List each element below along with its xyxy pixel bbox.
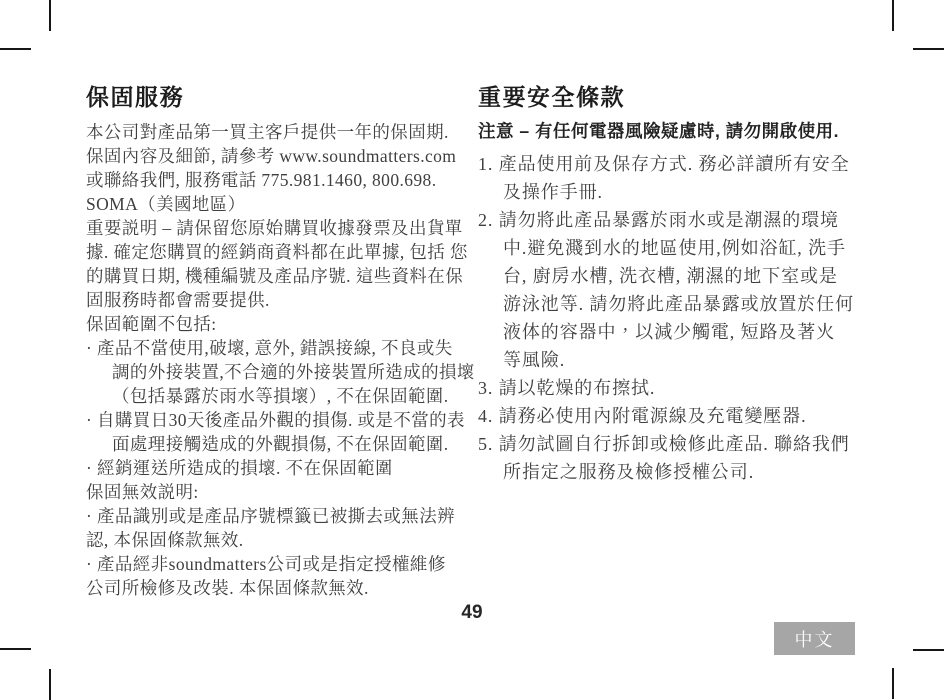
text-line: 台, 廚房水槽, 洗衣槽, 潮濕的地下室或是 (478, 262, 872, 290)
language-badge: 中文 (774, 622, 855, 655)
text-line: 3. 請以乾燥的布擦拭. (478, 374, 872, 402)
crop-mark-bottom-left-vertical (49, 669, 51, 700)
text-line: 據. 確定您購買的經銷商資料都在此單據, 包括 您 (86, 240, 460, 264)
warranty-title: 保固服務 (86, 84, 460, 110)
text-line: 保固無效説明: (86, 480, 460, 504)
text-line: · 經銷運送所造成的損壞. 不在保固範圍 (86, 456, 460, 480)
crop-mark-bottom-left-horizontal (0, 648, 31, 650)
text-line: 保固範圍不包括: (86, 312, 460, 336)
text-line: 重要説明 – 請保留您原始購買收據發票及出貨單 (86, 216, 460, 240)
crop-mark-top-right-horizontal (913, 48, 944, 50)
text-line: 的購買日期, 機種編號及產品序號. 這些資料在保 (86, 264, 460, 288)
text-line: 中.避免濺到水的地區使用,例如浴缸, 洗手 (478, 234, 872, 262)
text-line: 5. 請勿試圖自行拆卸或檢修此產品. 聯絡我們 (478, 430, 872, 458)
text-line: 及操作手冊. (478, 178, 872, 206)
safety-notice: 注意 – 有任何電器風險疑慮時, 請勿開啟使用. (478, 118, 872, 144)
warranty-section: 保固服務 本公司對產品第一買主客戶提供一年的保固期.保固內容及細節, 請參考 w… (86, 84, 460, 600)
text-line: 認, 本保固條款無效. (86, 528, 460, 552)
text-line: 等風險. (478, 346, 872, 374)
crop-mark-top-right-vertical (892, 0, 894, 31)
crop-mark-bottom-right-horizontal (913, 649, 944, 651)
text-line: 1. 產品使用前及保存方式. 務必詳讀所有安全 (478, 150, 872, 178)
manual-page: { "document": { "page_number": "49", "la… (0, 0, 944, 700)
text-line: 或聯絡我們, 服務電話 775.981.1460, 800.698. (86, 168, 460, 192)
text-line: 游泳池等. 請勿將此產品暴露或放置於任何 (478, 290, 872, 318)
text-line: 4. 請務必使用內附電源線及充電變壓器. (478, 402, 872, 430)
text-line: 公司所檢修及改裝. 本保固條款無效. (86, 576, 460, 600)
safety-title: 重要安全條款 (478, 84, 872, 110)
text-line: 液体的容器中，以減少觸電, 短路及著火 (478, 318, 872, 346)
text-line: 2. 請勿將此產品暴露於雨水或是潮濕的環境 (478, 206, 872, 234)
crop-mark-bottom-right-vertical (892, 668, 894, 699)
text-line: · 產品經非soundmatters公司或是指定授權維修 (86, 552, 460, 576)
text-line: 面處理接觸造成的外觀損傷, 不在保固範圍. (86, 432, 460, 456)
page-number: 49 (0, 602, 944, 624)
text-line: SOMA（美國地區） (86, 192, 460, 216)
crop-mark-top-left-horizontal (0, 48, 31, 50)
safety-section: 重要安全條款 注意 – 有任何電器風險疑慮時, 請勿開啟使用. 1. 產品使用前… (478, 84, 872, 486)
text-line: · 自購買日30天後產品外觀的損傷. 或是不當的表 (86, 408, 460, 432)
language-badge-label: 中文 (795, 626, 835, 652)
text-line: · 產品不當使用,破壞, 意外, 錯誤接線, 不良或失 (86, 336, 460, 360)
text-line: 保固內容及細節, 請參考 www.soundmatters.com (86, 144, 460, 168)
text-line: 所指定之服務及檢修授權公司. (478, 458, 872, 486)
warranty-body: 本公司對產品第一買主客戶提供一年的保固期.保固內容及細節, 請參考 www.so… (86, 120, 460, 600)
safety-body: 1. 產品使用前及保存方式. 務必詳讀所有安全及操作手冊.2. 請勿將此產品暴露… (478, 150, 872, 486)
text-line: 本公司對產品第一買主客戶提供一年的保固期. (86, 120, 460, 144)
text-line: · 產品識別或是產品序號標籤已被撕去或無法辨 (86, 504, 460, 528)
crop-mark-top-left-vertical (49, 0, 51, 31)
text-line: 調的外接裝置,不合適的外接裝置所造成的損壞 (86, 360, 460, 384)
text-line: （包括暴露於雨水等損壞）, 不在保固範圍. (86, 384, 460, 408)
text-line: 固服務時都會需要提供. (86, 288, 460, 312)
